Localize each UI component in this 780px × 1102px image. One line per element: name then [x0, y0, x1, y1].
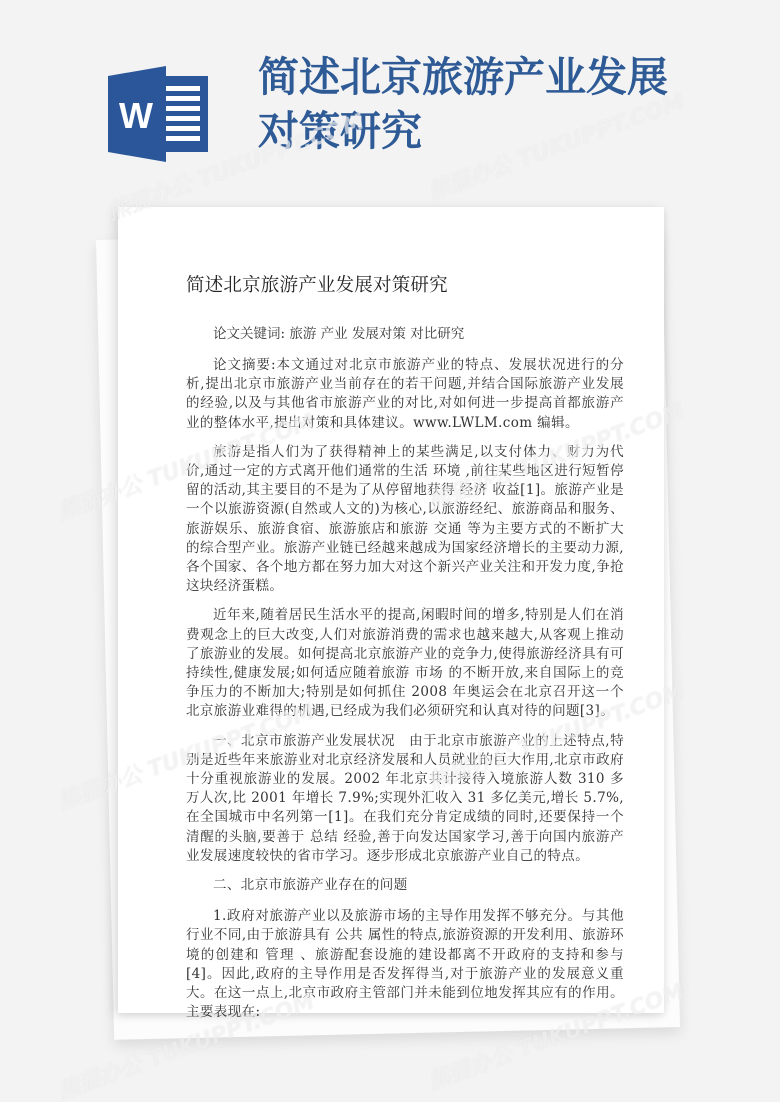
document-body: 简述北京旅游产业发展对策研究 论文关键词: 旅游 产业 发展对策 对比研究 论文… — [186, 271, 624, 1033]
section-2-heading: 二、北京市旅游产业存在的问题 — [186, 876, 624, 895]
keywords-line: 论文关键词: 旅游 产业 发展对策 对比研究 — [186, 325, 624, 344]
document-title: 简述北京旅游产业发展对策研究 — [186, 271, 624, 297]
banner-title-line-1: 简述北京旅游产业发展 — [258, 50, 728, 104]
word-document-icon: W — [104, 66, 212, 162]
document-page: 简述北京旅游产业发展对策研究 论文关键词: 旅游 产业 发展对策 对比研究 论文… — [118, 207, 664, 1013]
section-1-paragraph: 一、北京市旅游产业发展状况 由于北京市旅游产业的上述特点,特别是近些年来旅游业对… — [186, 732, 624, 866]
paragraph: 近年来,随着居民生活水平的提高,闲暇时间的增多,特别是人们在消费观念上的巨大改变… — [186, 606, 624, 721]
abstract-paragraph: 论文摘要:本文通过对北京市旅游产业的特点、发展状况进行的分析,提出北京市旅游产业… — [186, 356, 624, 433]
svg-text:W: W — [119, 95, 153, 136]
paragraph: 1.政府对旅游产业以及旅游市场的主导作用发挥不够充分。与其他行业不同,由于旅游具… — [186, 907, 624, 1022]
paragraph: 旅游是指人们为了获得精神上的某些满足,以支付体力、财力为代价,通过一定的方式离开… — [186, 443, 624, 597]
banner-title-line-2: 对策研究 — [258, 104, 728, 158]
header-banner: W 简述北京旅游产业发展 对策研究 — [0, 0, 780, 200]
banner-title: 简述北京旅游产业发展 对策研究 — [258, 50, 728, 158]
